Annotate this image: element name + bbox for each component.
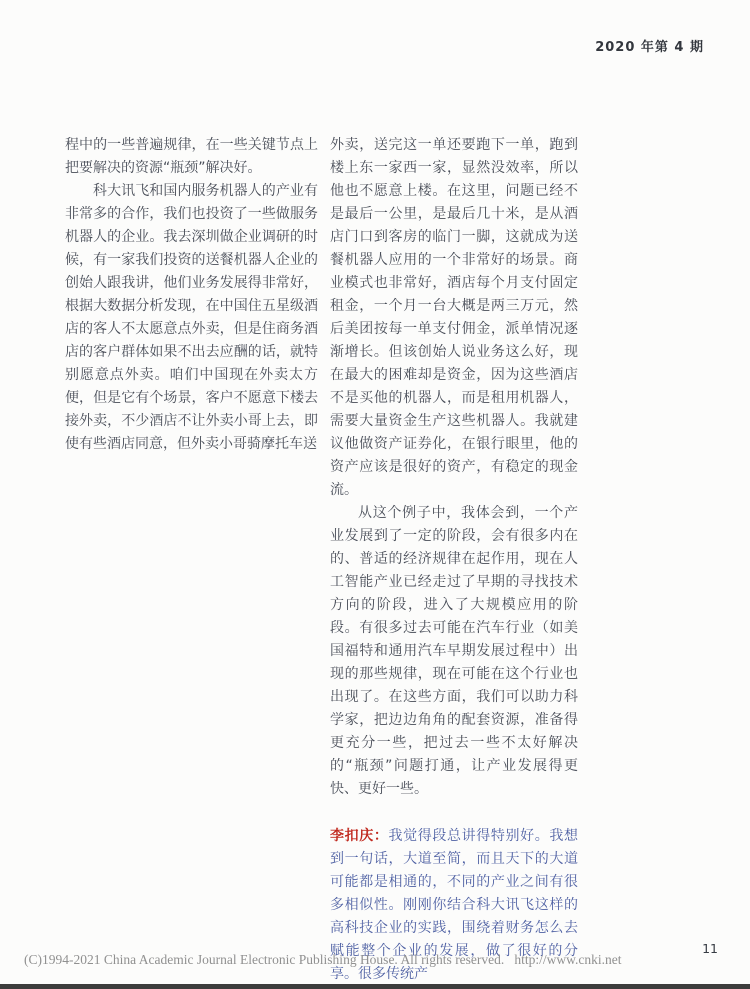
paragraph-iflytek-robots: 科大讯飞和国内服务机器人的产业有非常多的合作，我们也投资了一些做服务机器人的企业… [65,180,318,456]
page-number: 11 [702,941,718,956]
paragraph-continuation-right: 外卖，送完这一单还要跑下一单，跑到楼上东一家西一家，显然没效率，所以他也不愿意上… [330,134,578,502]
left-column: 程中的一些普遍规律，在一些关键节点上把要解决的资源“瓶颈”解决好。 科大讯飞和国… [65,134,318,986]
scan-edge-bar [0,984,750,989]
journal-issue-header: 2020 年第 4 期 [595,36,704,55]
speaker-name-text: 李扣庆 [330,828,374,844]
copyright-footer: (C)1994-2021 China Academic Journal Elec… [24,952,622,968]
right-column: 外卖，送完这一单还要跑下一单，跑到楼上东一家西一家，显然没效率，所以他也不愿意上… [330,134,578,986]
speaker-colon: ： [374,828,389,844]
article-body: 程中的一些普遍规律，在一些关键节点上把要解决的资源“瓶颈”解决好。 科大讯飞和国… [65,134,578,986]
paragraph-continuation-left: 程中的一些普遍规律，在一些关键节点上把要解决的资源“瓶颈”解决好。 [65,134,318,180]
paragraph-industry-rules: 从这个例子中，我体会到，一个产业发展到了一定的阶段，会有很多内在的、普适的经济规… [330,502,578,801]
speaker-name: 李扣庆： [330,828,389,844]
